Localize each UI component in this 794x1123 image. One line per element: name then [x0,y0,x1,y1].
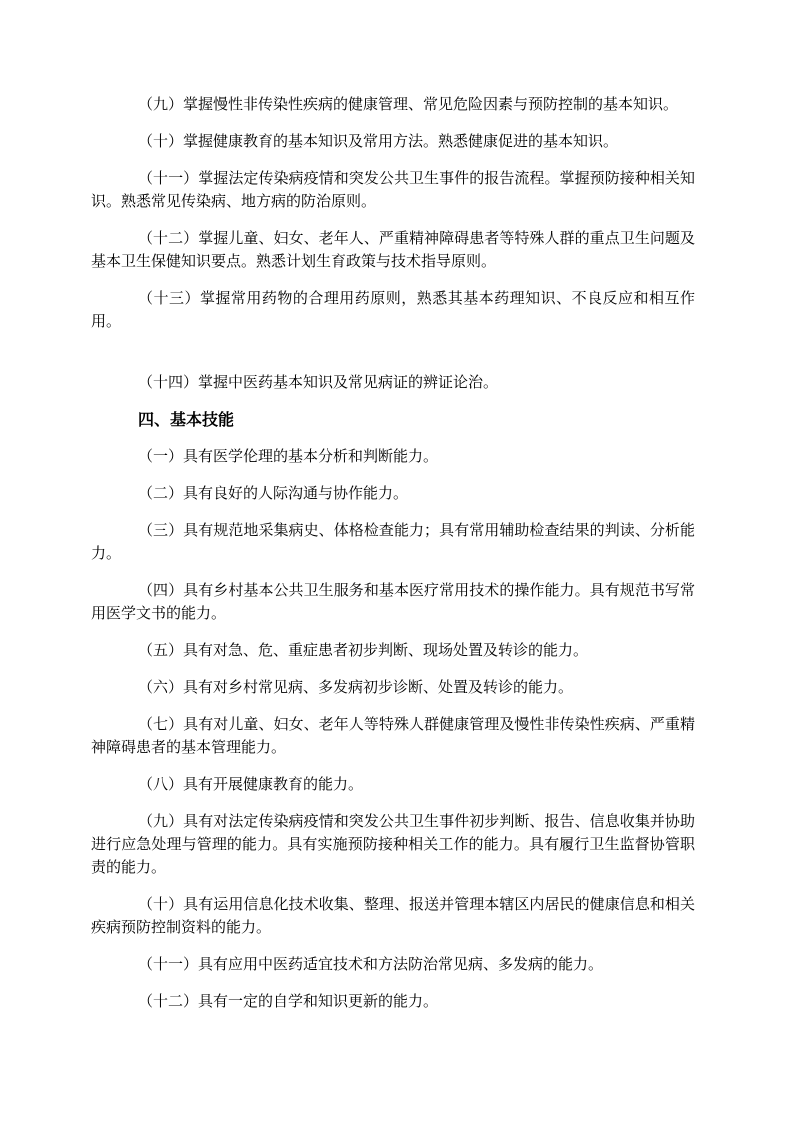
knowledge-item-13: （十三）掌握常用药物的合理用药原则，熟悉其基本药理知识、不良反应和相互作用。 [91,287,695,333]
skill-item-11: （十一）具有应用中医药适宜技术和方法防治常见病、多发病的能力。 [91,953,695,976]
knowledge-item-12: （十二）掌握儿童、妇女、老年人、严重精神障碍患者等特殊人群的重点卫生问题及基本卫… [91,227,695,273]
knowledge-item-14: （十四）掌握中医药基本知识及常见病证的辨证论治。 [91,371,695,394]
document-content: （九）掌握慢性非传染性疾病的健康管理、常见危险因素与预防控制的基本知识。 （十）… [91,93,695,1027]
section-heading-basic-skills: 四、基本技能 [91,408,695,431]
skill-item-3: （三）具有规范地采集病史、体格检查能力；具有常用辅助检查结果的判读、分析能力。 [91,519,695,565]
skill-item-6: （六）具有对乡村常见病、多发病初步诊断、处置及转诊的能力。 [91,676,695,699]
knowledge-item-10: （十）掌握健康教育的基本知识及常用方法。熟悉健康促进的基本知识。 [91,130,695,153]
skill-item-10: （十）具有运用信息化技术收集、整理、报送并管理本辖区内居民的健康信息和相关疾病预… [91,893,695,939]
knowledge-item-9: （九）掌握慢性非传染性疾病的健康管理、常见危险因素与预防控制的基本知识。 [91,93,695,116]
document-page: （九）掌握慢性非传染性疾病的健康管理、常见危险因素与预防控制的基本知识。 （十）… [0,0,794,1123]
skill-item-7: （七）具有对儿童、妇女、老年人等特殊人群健康管理及慢性非传染性疾病、严重精神障碍… [91,713,695,759]
knowledge-item-11: （十一）掌握法定传染病疫情和突发公共卫生事件的报告流程。掌握预防接种相关知识。熟… [91,167,695,213]
skill-item-9: （九）具有对法定传染病疫情和突发公共卫生事件初步判断、报告、信息收集并协助进行应… [91,810,695,879]
skill-item-2: （二）具有良好的人际沟通与协作能力。 [91,482,695,505]
skill-item-4: （四）具有乡村基本公共卫生服务和基本医疗常用技术的操作能力。具有规范书写常用医学… [91,579,695,625]
skill-item-12: （十二）具有一定的自学和知识更新的能力。 [91,990,695,1013]
skill-item-8: （八）具有开展健康教育的能力。 [91,773,695,796]
skill-item-5: （五）具有对急、危、重症患者初步判断、现场处置及转诊的能力。 [91,639,695,662]
skill-item-1: （一）具有医学伦理的基本分析和判断能力。 [91,445,695,468]
